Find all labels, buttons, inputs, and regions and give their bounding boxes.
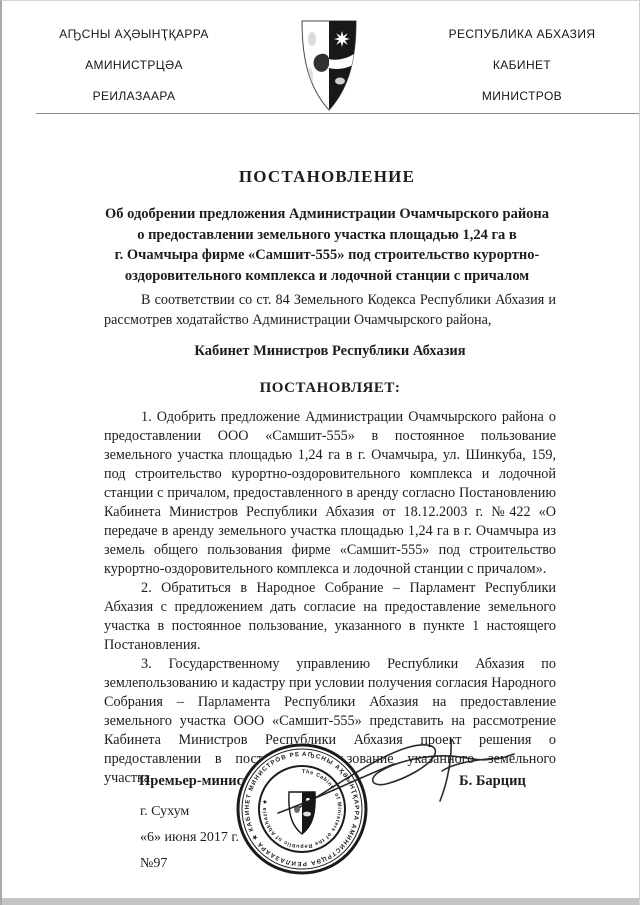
subtitle-line: оздоровительного комплекса и лодочной ст… <box>85 266 569 287</box>
decree-document-page: АҦСНЫ АҲӘЫНҬҚАРРА АМИНИСТРЦӘА РЕИЛАЗААРА… <box>0 0 640 905</box>
handwritten-signature <box>232 723 532 823</box>
decree-item-1: 1. Одобрить предложение Администрации Оч… <box>104 408 556 579</box>
header-left-line: РЕИЛАЗААРА <box>28 89 240 103</box>
subtitle-line: Об одобрении предложения Администрации О… <box>85 204 569 225</box>
header-left-abkhaz: АҦСНЫ АҲӘЫНҬҚАРРА АМИНИСТРЦӘА РЕИЛАЗААРА <box>28 27 240 120</box>
footer-city: г. Сухум <box>140 804 189 820</box>
header-right-russian: РЕСПУБЛИКА АБХАЗИЯ КАБИНЕТ МИНИСТРОВ <box>426 27 618 120</box>
header-left-line: АМИНИСТРЦӘА <box>28 58 240 72</box>
footer-date: «6» июня 2017 г. <box>140 830 239 846</box>
footer-decree-number: №97 <box>140 856 167 872</box>
header-right-line: РЕСПУБЛИКА АБХАЗИЯ <box>426 27 618 41</box>
decree-item-2: 2. Обратиться в Народное Собрание – Парл… <box>104 579 556 655</box>
document-title: ПОСТАНОВЛЕНИЕ <box>92 167 562 187</box>
header-right-line: КАБИНЕТ <box>426 58 618 72</box>
preamble-paragraph: В соответствии со ст. 84 Земельного Коде… <box>104 290 556 330</box>
scan-edge-shadow <box>2 898 639 905</box>
authority-line: Кабинет Министров Республики Абхазия <box>104 343 556 360</box>
decree-word: ПОСТАНОВЛЯЕТ: <box>104 380 556 397</box>
subtitle-line: г. Очамчыра фирме «Самшит-555» под строи… <box>85 245 569 266</box>
document-subtitle: Об одобрении предложения Администрации О… <box>85 204 569 286</box>
header-divider-rule <box>36 113 640 116</box>
subtitle-line: о предоставлении земельного участка площ… <box>85 225 569 246</box>
state-emblem-icon <box>298 17 360 113</box>
header-right-line: МИНИСТРОВ <box>426 89 618 103</box>
header-left-line: АҦСНЫ АҲӘЫНҬҚАРРА <box>28 27 240 41</box>
